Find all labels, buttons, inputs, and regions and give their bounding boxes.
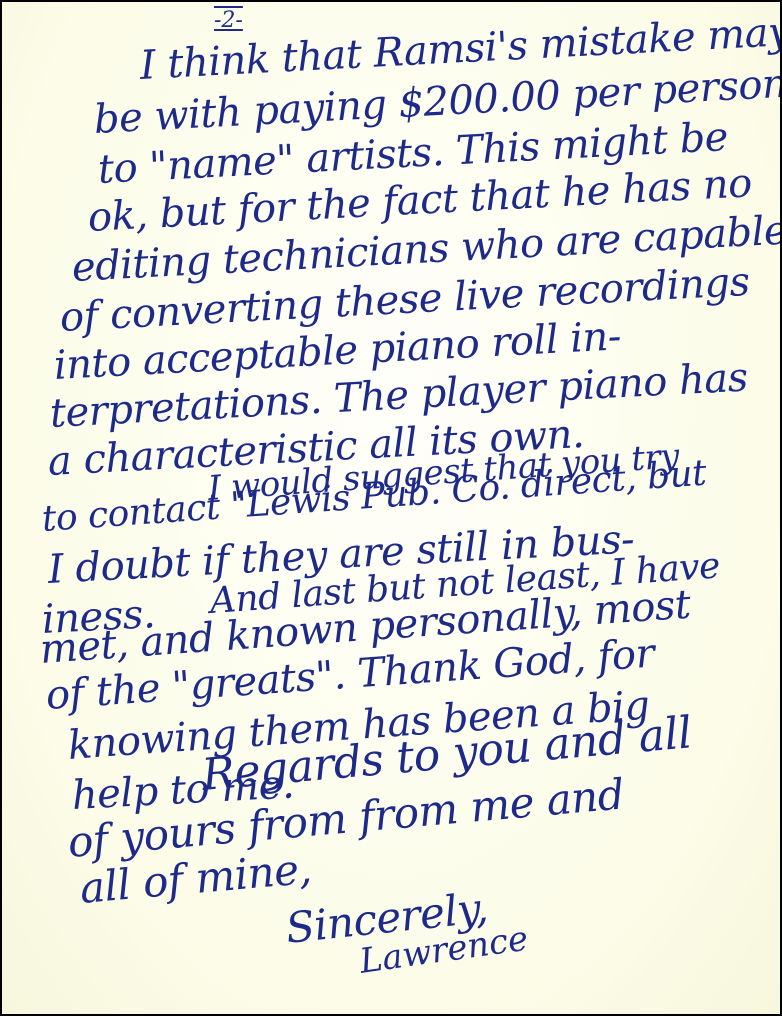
faint-footer-showthrough: [42, 994, 742, 1006]
letter-page: -2- I think that Ramsi's mistake may be …: [0, 0, 782, 1016]
page-number: -2-: [214, 8, 243, 33]
